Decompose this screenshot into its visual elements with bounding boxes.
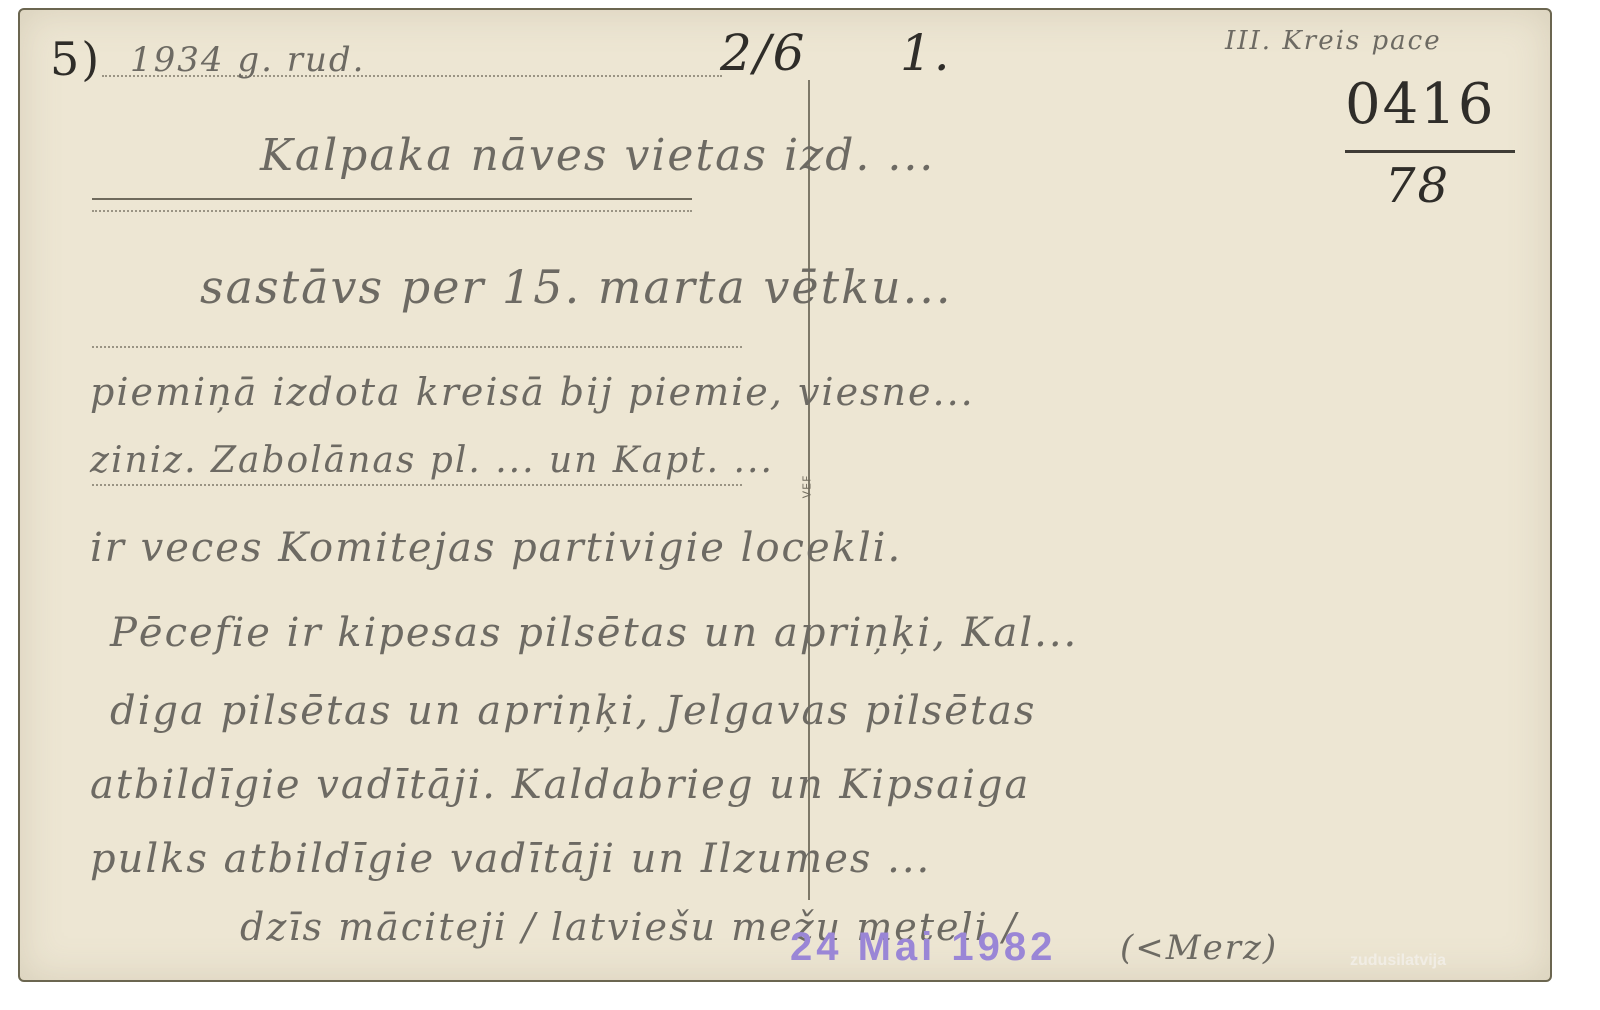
postcard: VEF 5) 1934 g. rud. 2/6 1. III. Kreis pa… [18, 8, 1552, 982]
handwriting-line: Kalpaka nāves vietas izd. ... [260, 130, 935, 181]
handwriting-line: atbildīgie vadītāji. Kaldabrieg un Kipsa… [90, 762, 1030, 808]
fraction-mark: 2/6 [720, 24, 806, 82]
handwriting-line: Pēcefie ir kipesas pilsētas un apriņķi, … [110, 610, 1078, 656]
dotted-line [92, 484, 742, 486]
stamp-note: (<Merz) [1120, 928, 1278, 968]
dotted-line [92, 346, 742, 348]
date-stamp: 24 Mai 1982 [790, 925, 1056, 970]
handwriting-line: piemiņā izdota kreisā bij piemie, viesne… [90, 370, 975, 414]
page-number: 1. [900, 24, 952, 82]
watermark: zudusilatvija [1350, 952, 1446, 970]
catalog-underline [1345, 150, 1515, 153]
handwriting-line: pulks atbildīgie vadītāji un Ilzumes ... [90, 836, 931, 882]
handwriting-line: diga pilsētas un apriņķi, Jelgavas pilsē… [110, 688, 1036, 734]
index-number: 5) [50, 32, 101, 86]
handwriting-line: ziniz. Zabolānas pl. ... un Kapt. ... [90, 440, 774, 481]
year-note: 1934 g. rud. [130, 40, 365, 80]
printed-center-label: VEF [800, 475, 813, 499]
address-line [92, 198, 692, 200]
handwriting-line: ir veces Komitejas partivigie locekli. [90, 525, 902, 571]
collection-label: III. Kreis pace [1225, 26, 1442, 56]
catalog-number: 0416 [1345, 72, 1496, 137]
handwriting-line: sastāvs per 15. marta vētku... [200, 260, 952, 314]
catalog-sub: 78 [1385, 158, 1450, 214]
dotted-line [92, 210, 692, 212]
